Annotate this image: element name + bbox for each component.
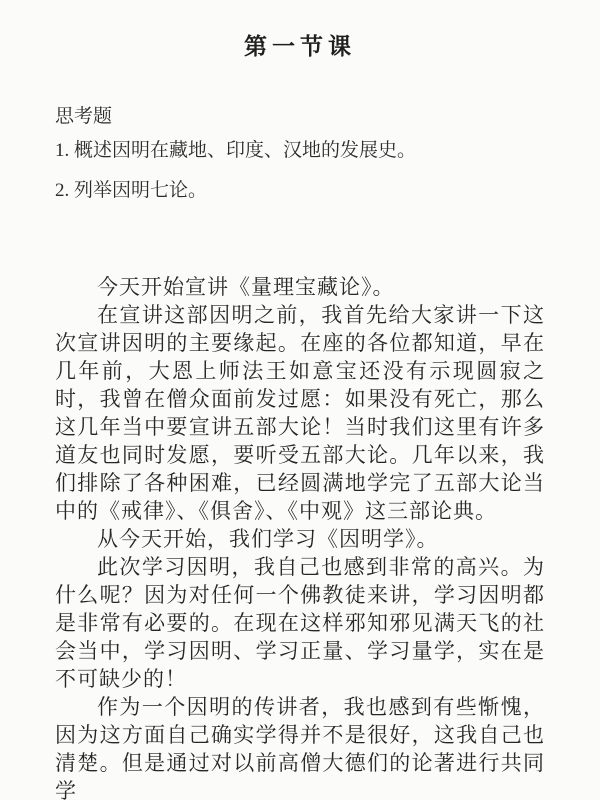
paragraph: 从今天开始，我们学习《因明学》。 [55, 525, 545, 553]
page-title: 第一节课 [55, 28, 545, 61]
paragraph: 此次学习因明，我自己也感到非常的高兴。为什么呢？因为对任何一个佛教徒来讲，学习因… [55, 553, 545, 693]
paragraph: 作为一个因明的传讲者，我也感到有些惭愧，因为这方面自己确实学得并不是很好，这我自… [55, 693, 545, 800]
questions-section: 思考题 1. 概述因明在藏地、印度、汉地的发展史。 2. 列举因明七论。 [55, 105, 545, 203]
paragraph: 今天开始宣讲《量理宝藏论》。 [55, 273, 545, 301]
question-item: 1. 概述因明在藏地、印度、汉地的发展史。 [55, 139, 545, 163]
questions-list: 1. 概述因明在藏地、印度、汉地的发展史。 2. 列举因明七论。 [55, 139, 545, 203]
question-item: 2. 列举因明七论。 [55, 179, 545, 203]
paragraph: 在宣讲这部因明之前，我首先给大家讲一下这次宣讲因明的主要缘起。在座的各位都知道，… [55, 301, 545, 525]
questions-header: 思考题 [55, 105, 545, 129]
document-page: 第一节课 思考题 1. 概述因明在藏地、印度、汉地的发展史。 2. 列举因明七论… [0, 0, 600, 800]
body-paragraphs: 今天开始宣讲《量理宝藏论》。 在宣讲这部因明之前，我首先给大家讲一下这次宣讲因明… [55, 273, 545, 800]
